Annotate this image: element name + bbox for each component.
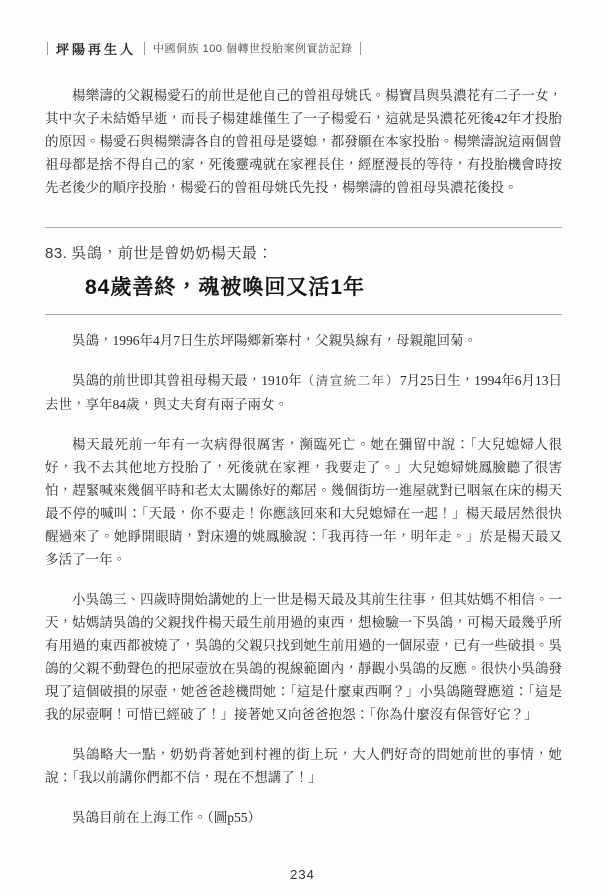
chapter-heading: 83.吳鴿，前世是曾奶奶楊天最： 84歲善終，魂被喚回又活1年 — [45, 227, 562, 315]
chapter-subtitle: 84歲善終，魂被喚回又活1年 — [85, 271, 562, 301]
page-number: 234 — [0, 867, 605, 882]
chapter-title: 吳鴿，前世是曾奶奶楊天最： — [71, 245, 273, 262]
paragraph-current-status: 吳鴿目前在上海工作。（圖p55） — [45, 806, 562, 829]
book-title: 坪陽再生人 — [56, 39, 136, 58]
header-divider — [47, 42, 48, 55]
paragraph-village-street: 吳鴿略大一點，奶奶背著她到村裡的街上玩，大人們好奇的問她前世的事情，她說：「我以… — [45, 743, 562, 789]
header-divider — [144, 42, 145, 55]
intro-paragraph: 楊樂濤的父親楊愛石的前世是他自己的曾祖母姚氏。楊寶昌與吳濃花有二子一女，其中次子… — [45, 84, 562, 199]
paragraph-urn-test: 小吳鴿三、四歲時開始講她的上一世是楊天最及其前生往事，但其姑媽不相信。一天，姑媽… — [45, 588, 562, 726]
paragraph-past-life: 吳鴿的前世即其曾祖母楊天最，1910年（清宣統二年）7月25日生，1994年6月… — [45, 369, 562, 416]
running-header: 坪陽再生人 中國侗族 100 個轉世投胎案例實訪記錄 — [45, 40, 562, 56]
paragraph-deathbed-story: 楊天最死前一年有一次病得很厲害，瀕臨死亡。她在彌留中說：「大兒媳婦人很好，我不去… — [45, 433, 562, 571]
chapter-number: 83. — [45, 245, 67, 262]
header-divider — [360, 42, 361, 55]
chapter-title-line: 83.吳鴿，前世是曾奶奶楊天最： — [45, 242, 562, 263]
past-life-text-start: 吳鴿的前世即其曾祖母楊天最，1910年 — [72, 373, 302, 388]
book-page: 坪陽再生人 中國侗族 100 個轉世投胎案例實訪記錄 楊樂濤的父親楊愛石的前世是… — [0, 0, 605, 896]
book-subtitle: 中國侗族 100 個轉世投胎案例實訪記錄 — [153, 40, 352, 56]
paragraph-birth: 吳鴿，1996年4月7日生於坪陽鄉新寨村，父親吳線有，母親龍回菊。 — [45, 329, 562, 352]
era-note: （清宣統二年） — [302, 374, 400, 388]
